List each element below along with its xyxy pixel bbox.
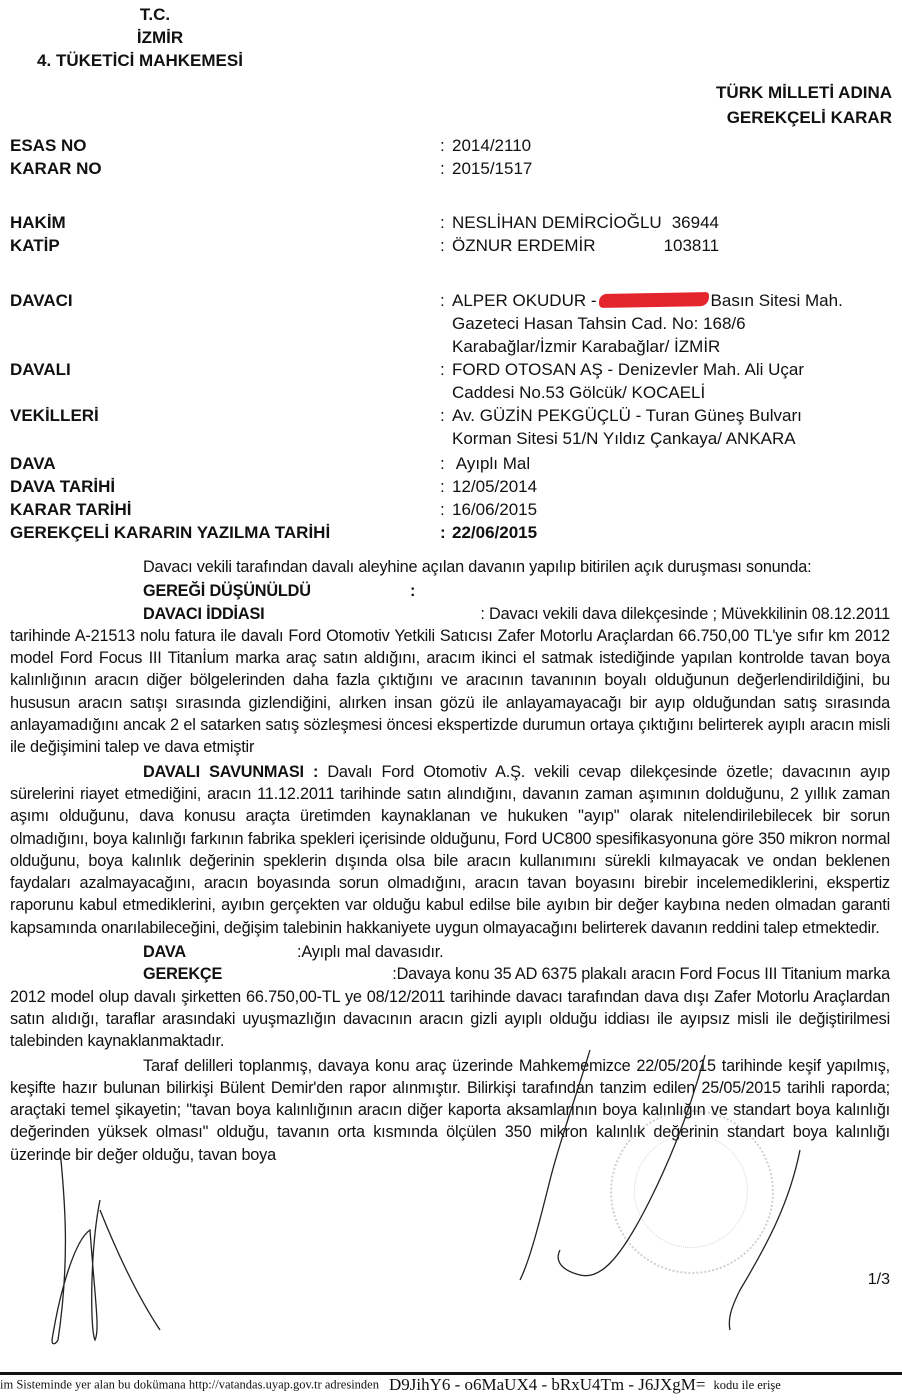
case-numbers: ESAS NO :2014/2110 KARAR NO :2015/1517 xyxy=(10,134,890,180)
hakim-label: HAKİM xyxy=(10,211,440,234)
gerekce-text: 2012 model olup davalı şirketten 66.750,… xyxy=(10,986,890,1053)
vekilleri-label: VEKİLLERİ xyxy=(10,404,440,450)
davaci-row: DAVACI :ALPER OKUDUR -Basın Sitesi Mah. … xyxy=(10,289,890,358)
nation-label: TÜRK MİLLETİ ADINA xyxy=(716,80,892,105)
gerekce-row: GEREKÇE :Davaya konu 35 AD 6375 plakalı … xyxy=(10,963,890,985)
vekilleri-row: VEKİLLERİ :Av. GÜZİN PEKGÜÇLÜ - Turan Gü… xyxy=(10,404,890,450)
geregi-heading: GEREĞİ DÜŞÜNÜLDÜ xyxy=(10,580,410,602)
yazilma-tarihi-value: 22/06/2015 xyxy=(452,523,537,542)
karar-no-label: KARAR NO xyxy=(10,157,440,180)
dava-text: :Ayıplı mal davasıdır. xyxy=(297,941,443,963)
davaci-name: ALPER OKUDUR - xyxy=(452,291,597,310)
davali-savunmasi-text: Davalı Ford Otomotiv A.Ş. vekili cevap d… xyxy=(10,763,890,937)
dava-heading: DAVA xyxy=(10,941,297,963)
city-label: İZMİR xyxy=(0,26,280,49)
taraf-delilleri-text: Taraf delilleri toplanmış, davaya konu a… xyxy=(10,1055,890,1166)
republic-label: T.C. xyxy=(0,3,280,26)
hakim-row: HAKİM :NESLİHAN DEMİRCİOĞLU36944 xyxy=(10,211,890,234)
davali-name: FORD OTOSAN AŞ - Denizevler Mah. Ali Uça… xyxy=(452,360,804,379)
vekil-name: Av. GÜZİN PEKGÜÇLÜ - Turan Güneş Bulvarı xyxy=(452,406,802,425)
karar-no-row: KARAR NO :2015/1517 xyxy=(10,157,890,180)
dava-tarihi-label: DAVA TARİHİ xyxy=(10,475,440,498)
decision-type: GEREKÇELİ KARAR xyxy=(716,105,892,130)
decision-header: TÜRK MİLLETİ ADINA GEREKÇELİ KARAR xyxy=(716,80,892,130)
davali-address-line: Caddesi No.53 Gölcük/ KOCAELİ xyxy=(440,381,890,404)
esas-no-row: ESAS NO :2014/2110 xyxy=(10,134,890,157)
decision-body: Davacı vekili tarafından davalı aleyhine… xyxy=(10,556,890,1166)
page-number: 1/3 xyxy=(868,1271,890,1289)
footer-prefix: im Sisteminde yer alan bu dokümana http:… xyxy=(0,1378,379,1392)
davaci-address-line: Gazeteci Hasan Tahsin Cad. No: 168/6 xyxy=(440,312,890,335)
hakim-sicil: 36944 xyxy=(672,211,719,234)
davaci-label: DAVACI xyxy=(10,289,440,358)
dava-value: Ayıplı Mal xyxy=(456,454,530,473)
parties: DAVACI :ALPER OKUDUR -Basın Sitesi Mah. … xyxy=(10,289,890,544)
dava-label: DAVA xyxy=(10,452,440,475)
davali-savunmasi-heading: DAVALI SAVUNMASI : xyxy=(143,763,318,781)
katip-name: ÖZNUR ERDEMİR xyxy=(452,236,596,255)
dava-tarihi-row: DAVA TARİHİ :12/05/2014 xyxy=(10,475,890,498)
vekil-address-line: Korman Sitesi 51/N Yıldız Çankaya/ ANKAR… xyxy=(440,427,890,450)
uyap-footer: im Sisteminde yer alan bu dokümana http:… xyxy=(0,1372,902,1400)
davaci-iddiasi-text: tarihinde A-21513 nolu fatura ile davalı… xyxy=(10,625,890,759)
dava-tarihi-value: 12/05/2014 xyxy=(452,477,537,496)
karar-tarihi-row: KARAR TARİHİ :16/06/2015 xyxy=(10,498,890,521)
davaci-iddiasi-row: DAVACI İDDİASI : Davacı vekili dava dile… xyxy=(10,603,890,625)
davali-row: DAVALI :FORD OTOSAN AŞ - Denizevler Mah.… xyxy=(10,358,890,404)
court-header: T.C. İZMİR 4. TÜKETİCİ MAHKEMESİ xyxy=(0,3,280,72)
karar-tarihi-value: 16/06/2015 xyxy=(452,500,537,519)
yazilma-tarihi-label: GEREKÇELİ KARARIN YAZILMA TARİHİ xyxy=(10,521,440,544)
geregi-row: GEREĞİ DÜŞÜNÜLDÜ: xyxy=(10,580,890,602)
esas-no-value: 2014/2110 xyxy=(452,136,531,155)
verification-code: D9JihY6 - o6MaUX4 - bRxU4Tm - J6JXgM= xyxy=(389,1375,706,1394)
davali-label: DAVALI xyxy=(10,358,440,404)
davaci-address-line: Karabağlar/İzmir Karabağlar/ İZMİR xyxy=(440,335,890,358)
davaci-address-start: Basın Sitesi Mah. xyxy=(711,291,843,310)
gerekce-heading: GEREKÇE xyxy=(10,963,320,985)
footer-suffix: kodu ile erişe xyxy=(714,1378,781,1392)
hakim-name: NESLİHAN DEMİRCİOĞLU xyxy=(452,213,662,232)
redaction-mark xyxy=(598,292,708,308)
dava-row: DAVA : Ayıplı Mal xyxy=(10,452,890,475)
court-name: 4. TÜKETİCİ MAHKEMESİ xyxy=(0,49,280,72)
davaci-iddiasi-first-line: : Davacı vekili dava dilekçesinde ; Müve… xyxy=(408,603,890,625)
davaci-iddiasi-heading: DAVACI İDDİASI xyxy=(10,603,408,625)
esas-no-label: ESAS NO xyxy=(10,134,440,157)
dava-section-row: DAVA :Ayıplı mal davasıdır. xyxy=(10,941,890,963)
katip-label: KATİP xyxy=(10,234,440,257)
gerekce-first-line: :Davaya konu 35 AD 6375 plakalı aracın F… xyxy=(320,963,890,985)
katip-sicil: 103811 xyxy=(664,234,719,257)
intro-paragraph: Davacı vekili tarafından davalı aleyhine… xyxy=(10,556,890,578)
katip-row: KATİP :ÖZNUR ERDEMİR103811 xyxy=(10,234,890,257)
karar-no-value: 2015/1517 xyxy=(452,159,532,178)
karar-tarihi-label: KARAR TARİHİ xyxy=(10,498,440,521)
court-decision-page: T.C. İZMİR 4. TÜKETİCİ MAHKEMESİ TÜRK Mİ… xyxy=(0,0,902,1400)
yazilma-tarihi-row: GEREKÇELİ KARARIN YAZILMA TARİHİ :22/06/… xyxy=(10,521,890,544)
court-staff: HAKİM :NESLİHAN DEMİRCİOĞLU36944 KATİP :… xyxy=(10,211,890,257)
